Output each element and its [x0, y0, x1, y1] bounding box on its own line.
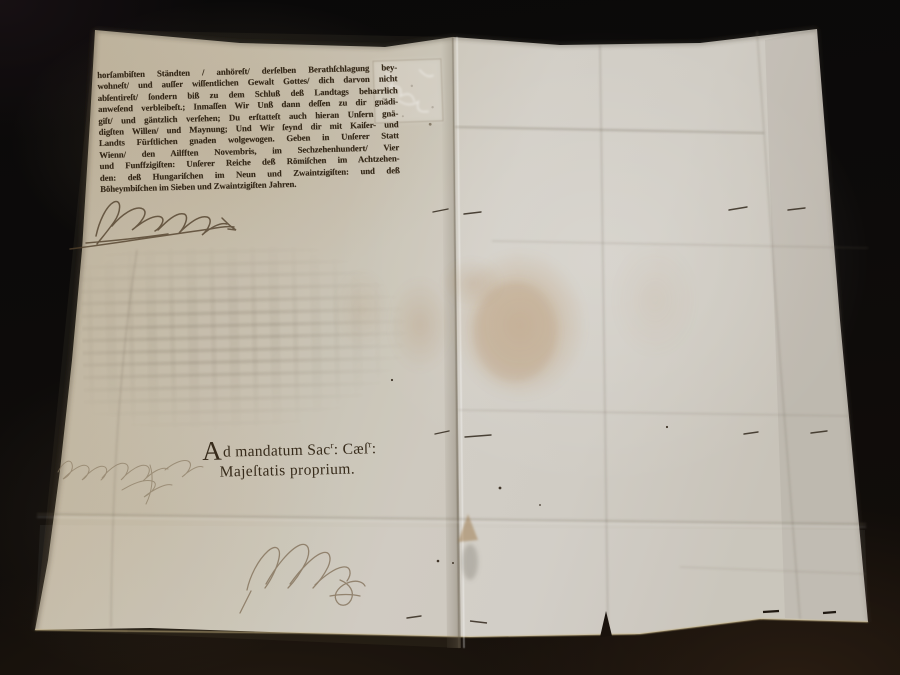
ad-mandatum-text: d mandatum Sac: [223, 441, 331, 460]
ad-mandatum-text: :: [372, 440, 377, 457]
ad-mandatum-text: : Cæſ: [334, 440, 369, 458]
printed-text-block: horſambiſten Ständten / anhöreſt/ derſel…: [97, 62, 400, 195]
verso-text-showthrough: [80, 242, 434, 445]
photograph-of-historical-document: horſambiſten Ständten / anhöreſt/ derſel…: [0, 0, 900, 675]
ad-mandatum-subscription: Ad mandatum Sacr: Cæſr: Majeſtatis propr…: [202, 438, 413, 482]
ad-mandatum-line1: Ad mandatum Sacr: Cæſr:: [202, 438, 412, 462]
initial-capital-A: A: [202, 436, 222, 466]
